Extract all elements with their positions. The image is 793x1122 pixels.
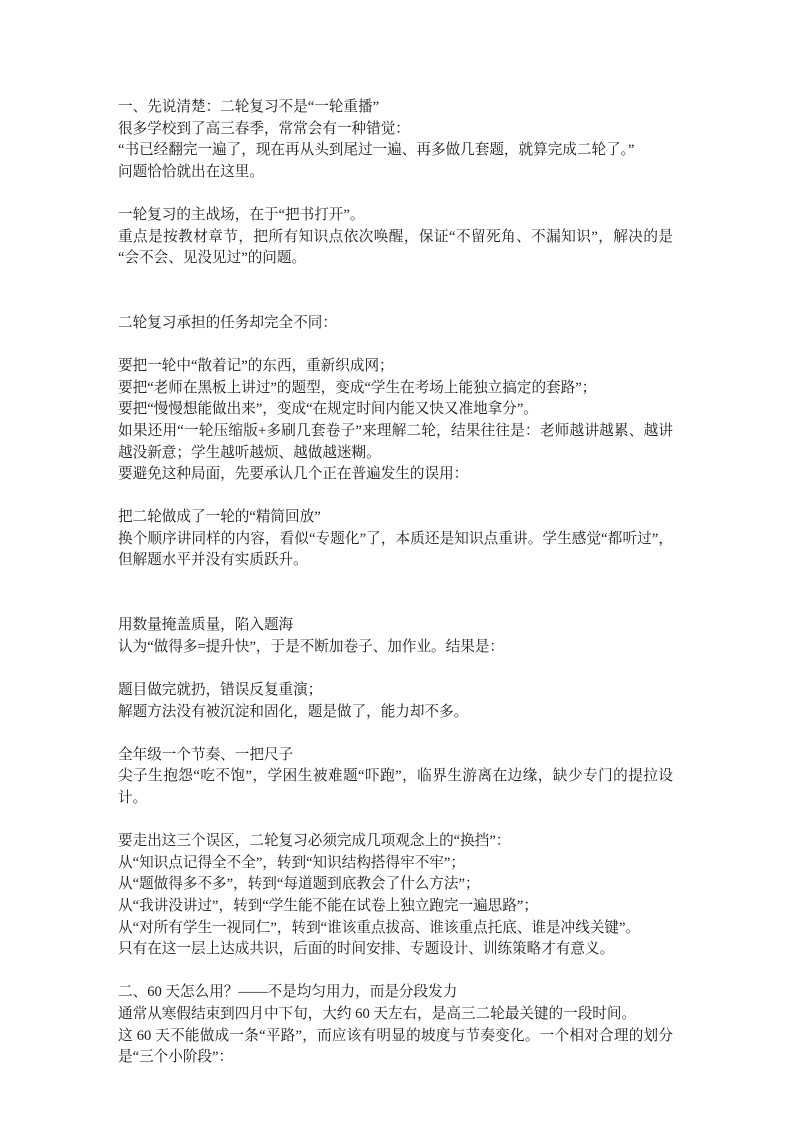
paragraph: 二轮复习承担的任务却完全不同：	[118, 313, 673, 335]
blank-line	[118, 270, 673, 292]
paragraph: 只有在这一层上达成共识，后面的时间安排、专题设计、训练策略才有意义。	[118, 939, 673, 961]
paragraph: 要把“慢慢想能做出来”，变成“在规定时间内能又快又准地拿分”。	[118, 399, 673, 421]
paragraph: 要走出这三个误区，二轮复习必须完成几项观念上的“换挡”：	[118, 831, 673, 853]
blank-line	[118, 183, 673, 205]
paragraph: 从“对所有学生一视同仁”，转到“谁该重点拔高、谁该重点托底、谁是冲线关键”。	[118, 918, 673, 940]
paragraph: 题目做完就扔，错误反复重演；	[118, 680, 673, 702]
blank-line	[118, 486, 673, 508]
paragraph: “书已经翻完一遍了，现在再从头到尾过一遍、再多做几套题，就算完成二轮了。”	[118, 140, 673, 162]
paragraph: 这 60 天不能做成一条“平路”，而应该有明显的坡度与节奏变化。一个相对合理的划…	[118, 1026, 673, 1069]
document-page: 一、先说清楚：二轮复习不是“一轮重播” 很多学校到了高三春季，常常会有一种错觉：…	[0, 0, 793, 1122]
paragraph: 很多学校到了高三春季，常常会有一种错觉：	[118, 119, 673, 141]
paragraph: 一轮复习的主战场，在于“把书打开”。	[118, 205, 673, 227]
blank-line	[118, 572, 673, 594]
paragraph: 如果还用“一轮压缩版+多刷几套卷子”来理解二轮，结果往往是：老师越讲越累、越讲越…	[118, 421, 673, 464]
blank-line	[118, 291, 673, 313]
paragraph: 换个顺序讲同样的内容，看似“专题化”了，本质还是知识点重讲。学生感觉“都听过”，…	[118, 529, 673, 572]
paragraph: 要避免这种局面，先要承认几个正在普遍发生的误用：	[118, 464, 673, 486]
paragraph: 把二轮做成了一轮的“精简回放”	[118, 507, 673, 529]
paragraph: 从“题做得多不多”，转到“每道题到底教会了什么方法”；	[118, 874, 673, 896]
blank-line	[118, 723, 673, 745]
paragraph: 用数量掩盖质量，陷入题海	[118, 615, 673, 637]
blank-line	[118, 594, 673, 616]
paragraph: 要把一轮中“散着记”的东西，重新织成网；	[118, 356, 673, 378]
paragraph: 解题方法没有被沉淀和固化，题是做了，能力却不多。	[118, 702, 673, 724]
blank-line	[118, 961, 673, 983]
blank-line	[118, 810, 673, 832]
paragraph: 重点是按教材章节，把所有知识点依次唤醒，保证“不留死角、不漏知识”，解决的是“会…	[118, 227, 673, 270]
paragraph: 全年级一个节奏、一把尺子	[118, 745, 673, 767]
paragraph: 问题恰恰就出在这里。	[118, 162, 673, 184]
section-2-heading: 二、60 天怎么用？——不是均匀用力，而是分段发力	[118, 982, 673, 1004]
paragraph: 从“我讲没讲过”，转到“学生能不能在试卷上独立跑完一遍思路”；	[118, 896, 673, 918]
paragraph: 通常从寒假结束到四月中下旬，大约 60 天左右，是高三二轮最关键的一段时间。	[118, 1004, 673, 1026]
paragraph: 认为“做得多=提升快”，于是不断加卷子、加作业。结果是：	[118, 637, 673, 659]
paragraph: 从“知识点记得全不全”，转到“知识结构搭得牢不牢”；	[118, 853, 673, 875]
section-1-heading: 一、先说清楚：二轮复习不是“一轮重播”	[118, 97, 673, 119]
paragraph: 要把“老师在黑板上讲过”的题型，变成“学生在考场上能独立搞定的套路”；	[118, 378, 673, 400]
blank-line	[118, 335, 673, 357]
blank-line	[118, 658, 673, 680]
paragraph: 尖子生抱怨“吃不饱”，学困生被难题“吓跑”，临界生游离在边缘，缺少专门的提拉设计…	[118, 766, 673, 809]
